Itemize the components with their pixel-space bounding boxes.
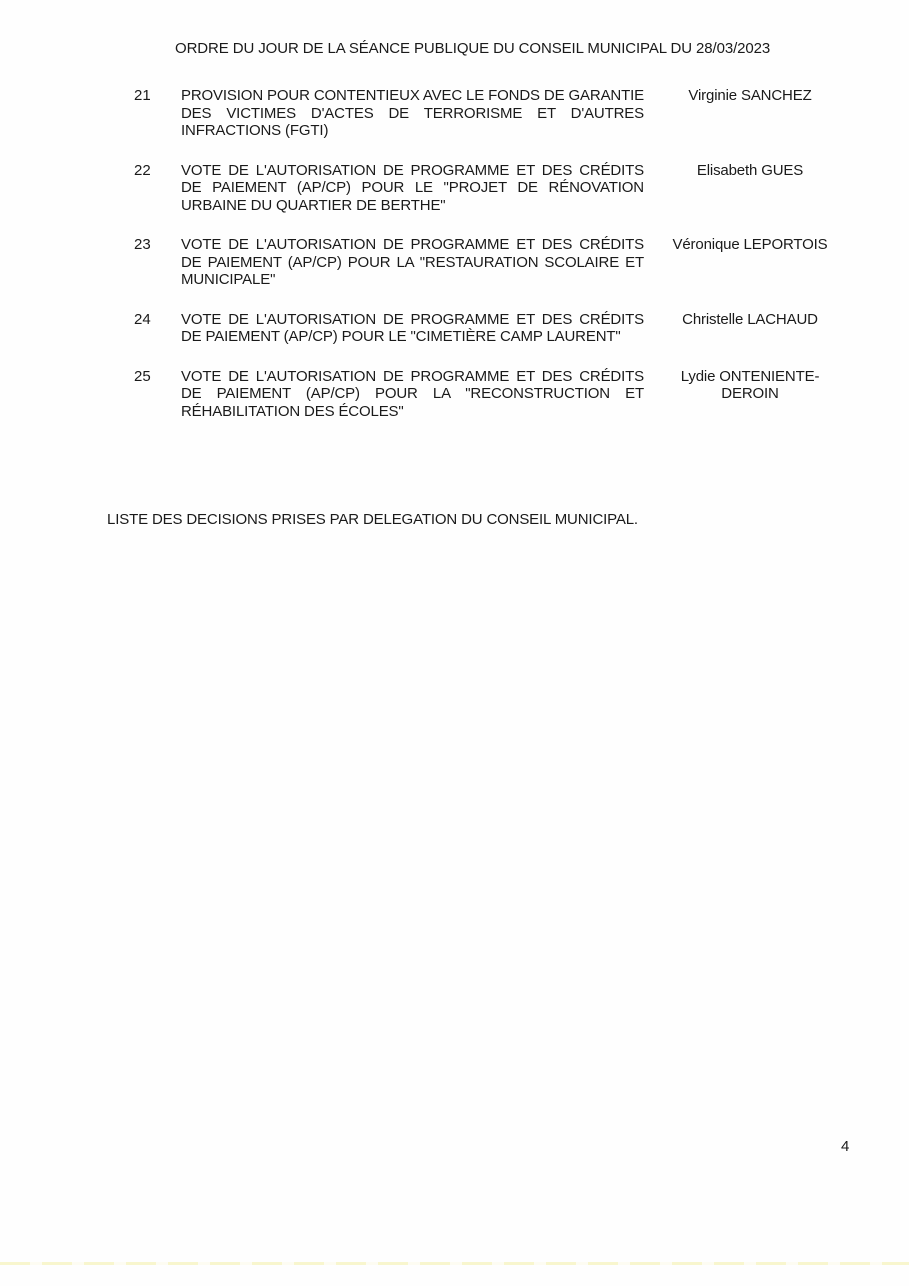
item-rapporteur: Véronique LEPORTOIS: [664, 236, 836, 254]
agenda-item: 21 PROVISION POUR CONTENTIEUX AVEC LE FO…: [0, 87, 909, 140]
agenda-item: 24 VOTE DE L'AUTORISATION DE PROGRAMME E…: [0, 311, 909, 346]
item-title: VOTE DE L'AUTORISATION DE PROGRAMME ET D…: [181, 236, 644, 289]
item-rapporteur: Elisabeth GUES: [664, 162, 836, 180]
item-number: 21: [134, 87, 164, 105]
item-number: 22: [134, 162, 164, 180]
item-title: VOTE DE L'AUTORISATION DE PROGRAMME ET D…: [181, 311, 644, 346]
item-number: 23: [134, 236, 164, 254]
agenda-item: 22 VOTE DE L'AUTORISATION DE PROGRAMME E…: [0, 162, 909, 215]
item-title: PROVISION POUR CONTENTIEUX AVEC LE FONDS…: [181, 87, 644, 140]
item-title: VOTE DE L'AUTORISATION DE PROGRAMME ET D…: [181, 162, 644, 215]
agenda-item: 25 VOTE DE L'AUTORISATION DE PROGRAMME E…: [0, 368, 909, 421]
item-number: 25: [134, 368, 164, 386]
decisions-heading: LISTE DES DECISIONS PRISES PAR DELEGATIO…: [107, 511, 638, 528]
page-header: ORDRE DU JOUR DE LA SÉANCE PUBLIQUE DU C…: [0, 40, 909, 57]
agenda-list: 21 PROVISION POUR CONTENTIEUX AVEC LE FO…: [0, 87, 909, 442]
item-number: 24: [134, 311, 164, 329]
scan-artifact-line: [0, 1262, 909, 1265]
agenda-item: 23 VOTE DE L'AUTORISATION DE PROGRAMME E…: [0, 236, 909, 289]
item-rapporteur: Virginie SANCHEZ: [664, 87, 836, 105]
item-rapporteur: Christelle LACHAUD: [664, 311, 836, 329]
item-rapporteur: Lydie ONTENIENTE-DEROIN: [664, 368, 836, 403]
page-number: 4: [841, 1138, 849, 1155]
item-title: VOTE DE L'AUTORISATION DE PROGRAMME ET D…: [181, 368, 644, 421]
